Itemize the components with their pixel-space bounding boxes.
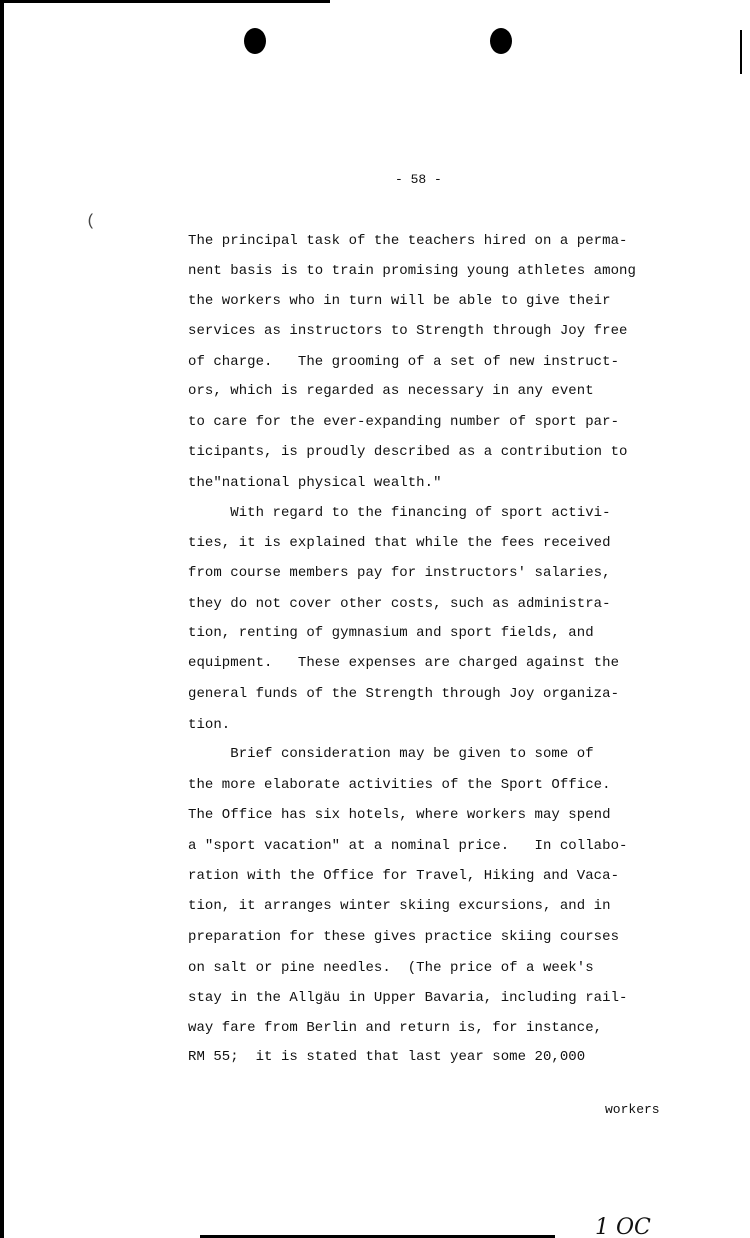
text-line: preparation for these gives practice ski…	[188, 929, 619, 945]
text-line: from course members pay for instructors'…	[188, 565, 611, 581]
text-line: the more elaborate activities of the Spo…	[188, 777, 611, 793]
text-line: on salt or pine needles. (The price of a…	[188, 960, 594, 976]
text-line: equipment. These expenses are charged ag…	[188, 655, 619, 671]
text-line: way fare from Berlin and return is, for …	[188, 1020, 602, 1036]
text-line: RM 55; it is stated that last year some …	[188, 1049, 585, 1065]
text-line: The principal task of the teachers hired…	[188, 233, 627, 249]
text-line: a "sport vacation" at a nominal price. I…	[188, 838, 627, 854]
scan-edge-top	[0, 0, 330, 3]
text-line: general funds of the Strength through Jo…	[188, 686, 619, 702]
text-line: they do not cover other costs, such as a…	[188, 596, 611, 612]
text-line: nent basis is to train promising young a…	[188, 263, 636, 279]
margin-paren: (	[86, 212, 96, 230]
catchword: workers	[605, 1102, 660, 1117]
text-line: the"national physical wealth."	[188, 475, 442, 491]
handwritten-mark: 1 OC	[595, 1215, 651, 1238]
text-line: tion.	[188, 717, 230, 733]
text-line: tion, it arranges winter skiing excursio…	[188, 898, 611, 914]
text-line: the workers who in turn will be able to …	[188, 293, 611, 309]
text-line: ties, it is explained that while the fee…	[188, 535, 611, 551]
text-line: ors, which is regarded as necessary in a…	[188, 383, 594, 399]
text-line: stay in the Allgäu in Upper Bavaria, inc…	[188, 990, 627, 1006]
text-line: of charge. The grooming of a set of new …	[188, 354, 619, 370]
margin-mark	[740, 30, 750, 74]
punch-hole-right-icon	[490, 28, 512, 54]
text-line: Brief consideration may be given to some…	[188, 746, 594, 762]
text-line: tion, renting of gymnasium and sport fie…	[188, 625, 594, 641]
page-number: - 58 -	[395, 172, 442, 187]
text-line: to care for the ever-expanding number of…	[188, 414, 619, 430]
text-line: The Office has six hotels, where workers…	[188, 807, 611, 823]
text-line: services as instructors to Strength thro…	[188, 323, 627, 339]
text-line: ration with the Office for Travel, Hikin…	[188, 868, 619, 884]
text-line: With regard to the financing of sport ac…	[188, 505, 611, 521]
text-line: ticipants, is proudly described as a con…	[188, 444, 627, 460]
scan-edge-left	[0, 0, 4, 1238]
punch-hole-left-icon	[244, 28, 266, 54]
